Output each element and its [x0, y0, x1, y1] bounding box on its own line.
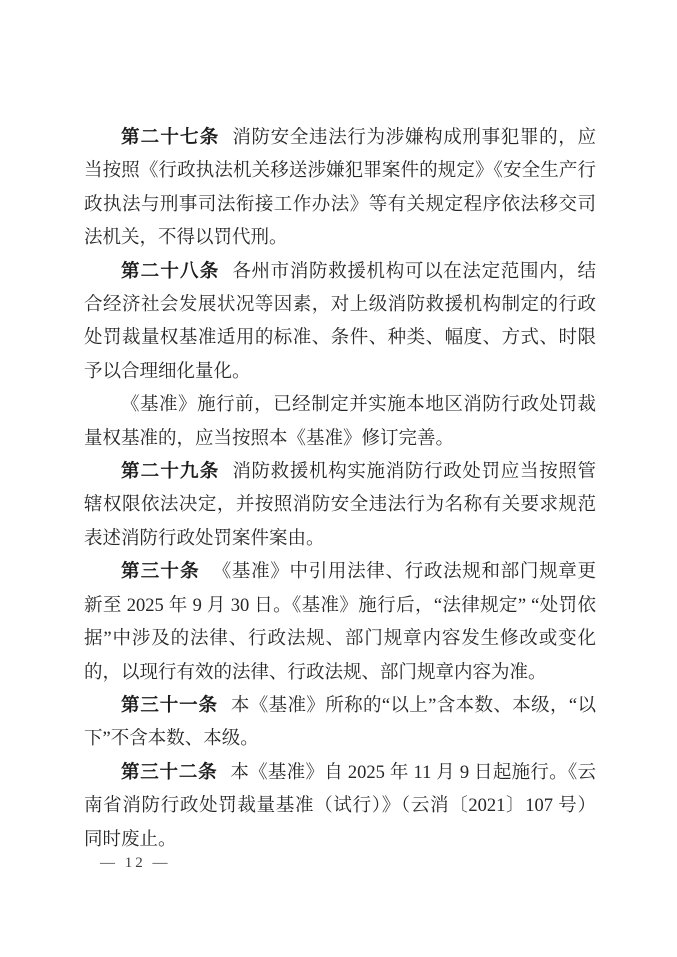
article-number: 第二十七条: [121, 128, 219, 148]
text-block: 第二十七条消防安全违法行为涉嫌构成刑事犯罪的，应当按照《行政执法机关移送涉嫌犯罪…: [84, 122, 596, 857]
document-page: 第二十七条消防安全违法行为涉嫌构成刑事犯罪的，应当按照《行政执法机关移送涉嫌犯罪…: [0, 0, 677, 957]
paragraph: 第二十八条各州市消防救援机构可以在法定范围内，结合经济社会发展状况等因素，对上级…: [84, 256, 596, 390]
article-number: 第二十九条: [121, 462, 219, 482]
article-number: 第三十二条: [121, 763, 217, 783]
paragraph: 第三十条《基准》中引用法律、行政法规和部门规章更新至 2025 年 9 月 30…: [84, 556, 596, 690]
paragraph: 第二十九条消防救援机构实施消防行政处罚应当按照管辖权限依法决定，并按照消防安全违…: [84, 456, 596, 556]
article-number: 第三十一条: [121, 696, 218, 716]
paragraph: 《基准》施行前，已经制定并实施本地区消防行政处罚裁量权基准的，应当按照本《基准》…: [84, 389, 596, 456]
page-number: — 12 —: [100, 852, 171, 874]
article-number: 第二十八条: [121, 262, 219, 282]
paragraph: 第三十一条本《基准》所称的“以上”含本数、本级，“以下”不含本数、本级。: [84, 690, 596, 757]
article-text: 《基准》施行前，已经制定并实施本地区消防行政处罚裁量权基准的，应当按照本《基准》…: [84, 395, 596, 448]
article-number: 第三十条: [121, 562, 200, 582]
paragraph: 第三十二条本《基准》自 2025 年 11 月 9 日起施行。《云南省消防行政处…: [84, 757, 596, 857]
paragraph: 第二十七条消防安全违法行为涉嫌构成刑事犯罪的，应当按照《行政执法机关移送涉嫌犯罪…: [84, 122, 596, 256]
